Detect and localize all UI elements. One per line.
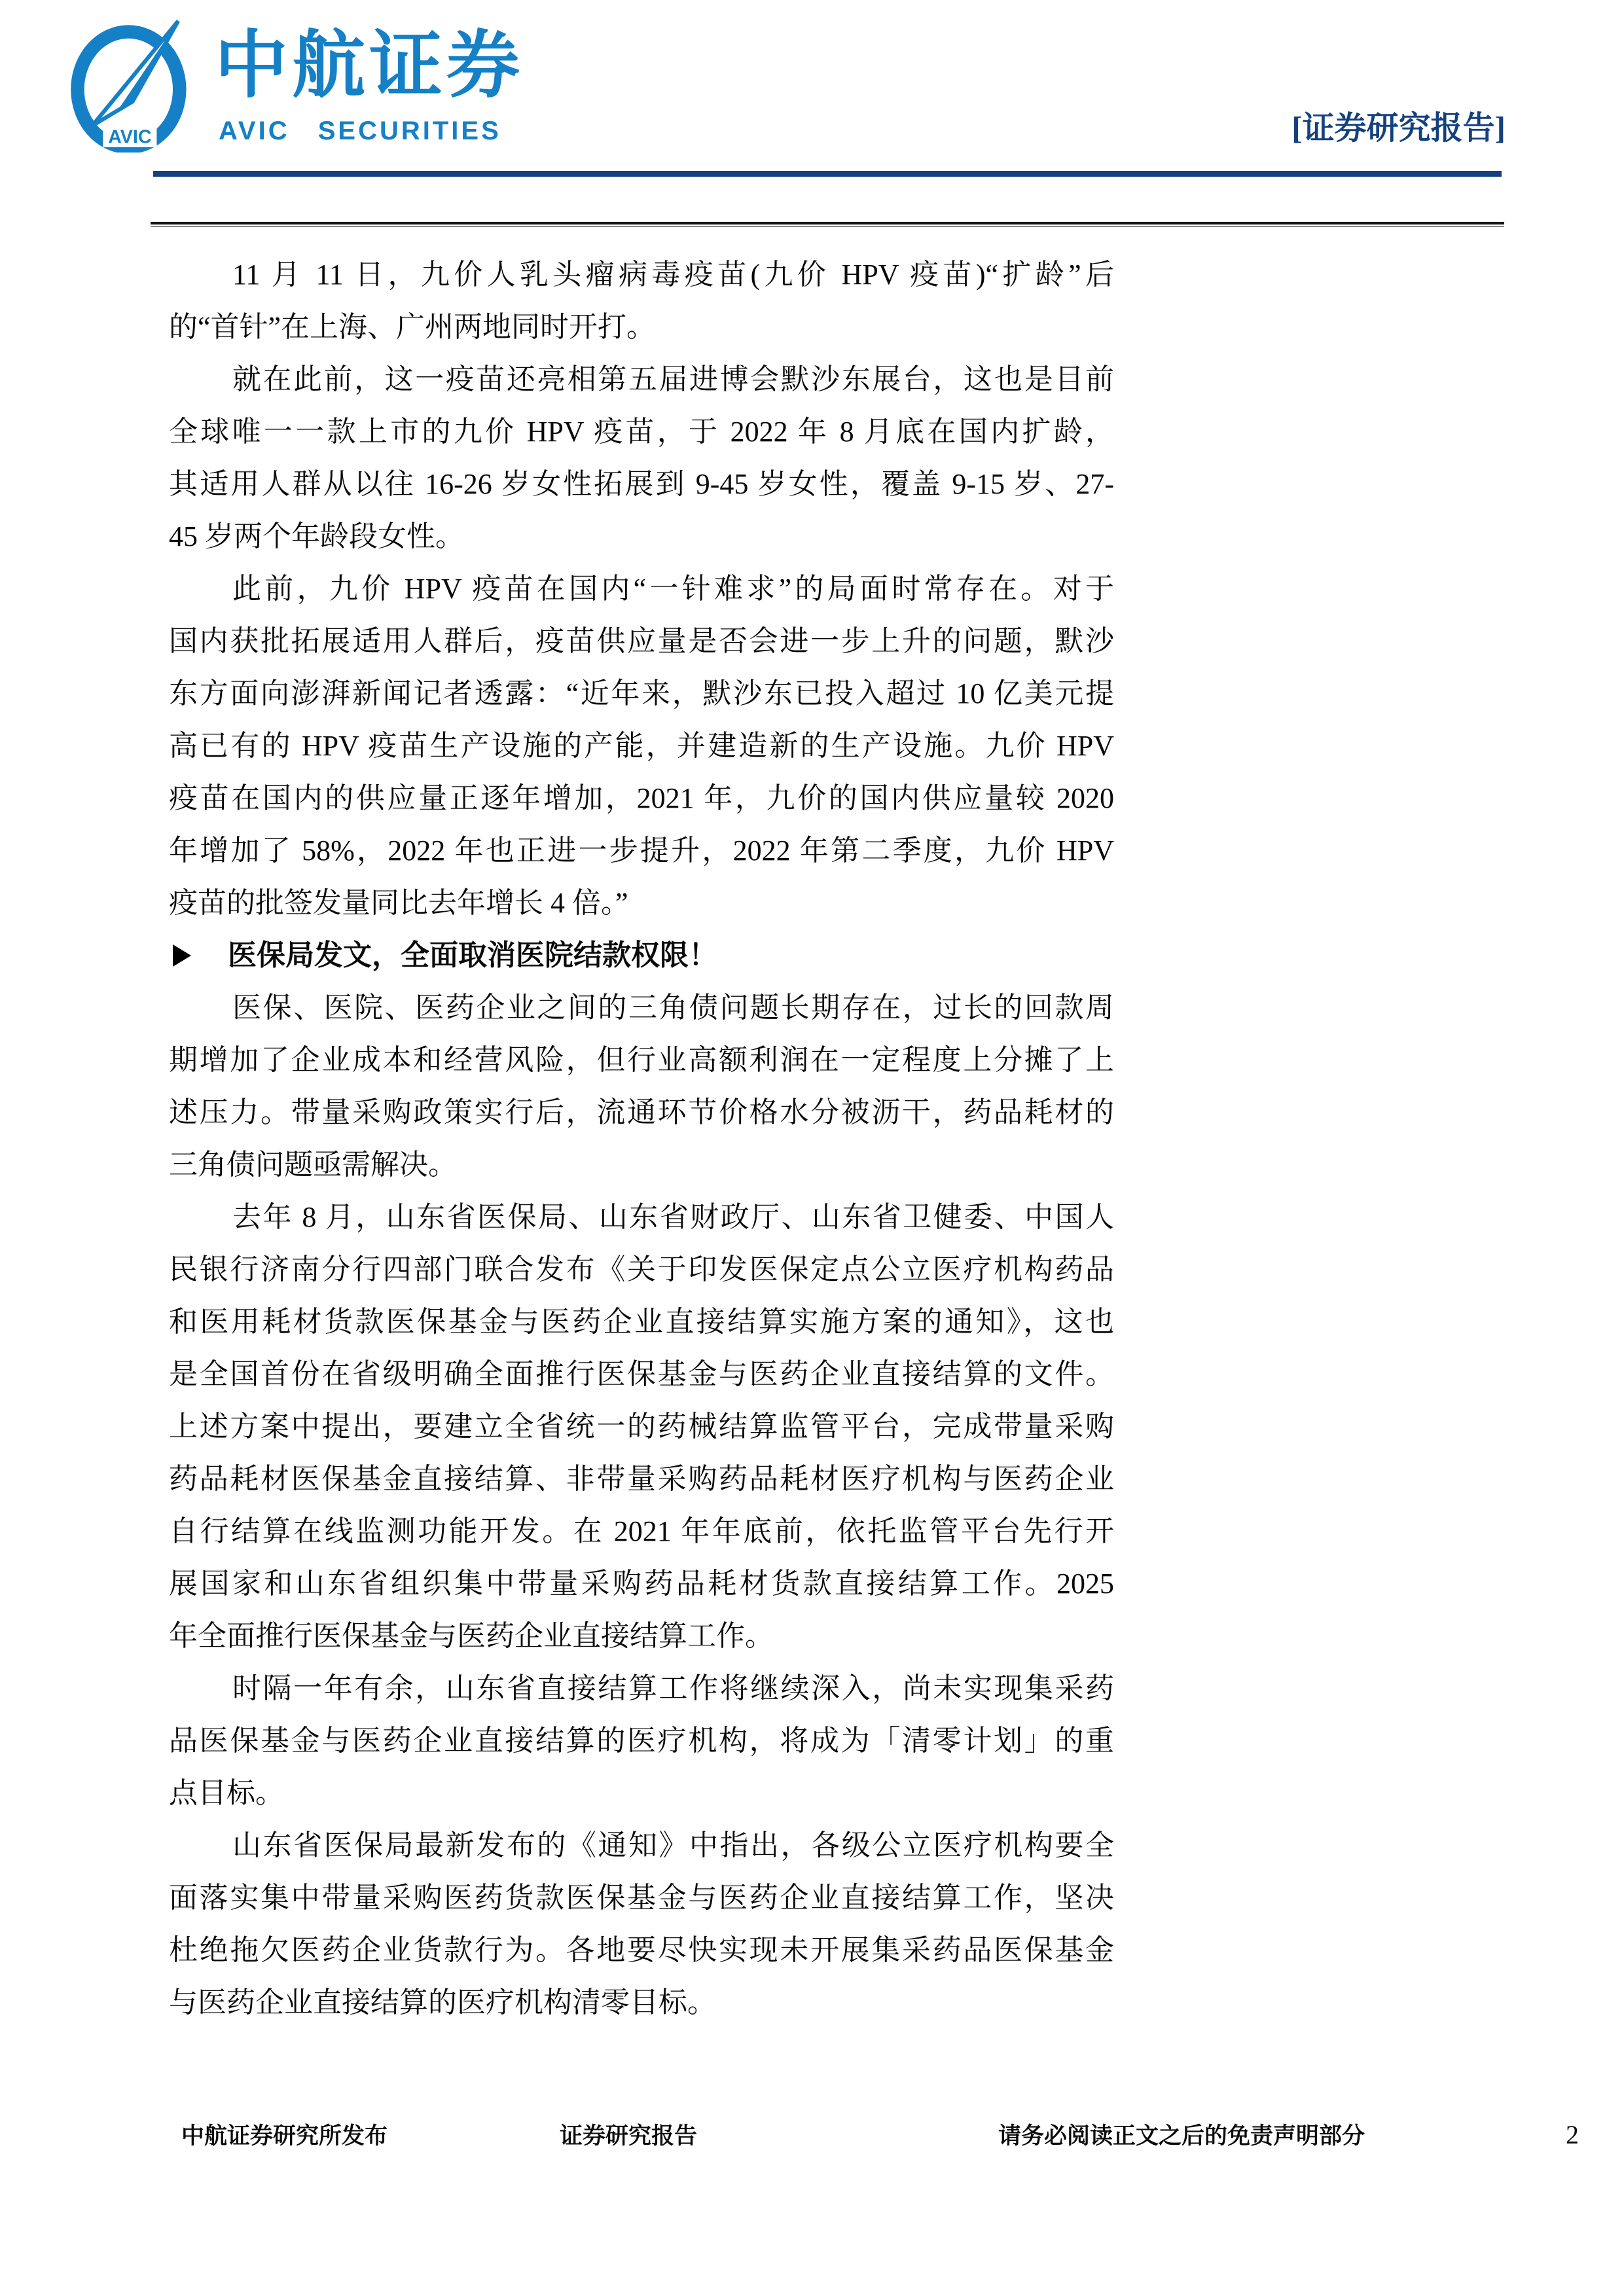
header-rule: [153, 171, 1502, 177]
body-line: 面落实集中带量采购医药货款医保基金与医药企业直接结算工作，坚决: [169, 1872, 1114, 1924]
body-line: 45 岁两个年龄段女性。: [169, 511, 1114, 563]
body-line: 上述方案中提出，要建立全省统一的药械结算监管平台，完成带量采购: [169, 1401, 1114, 1453]
body-line: 去年 8 月，山东省医保局、山东省财政厅、山东省卫健委、中国人: [169, 1191, 1114, 1244]
report-page: AVIC 中航证券 AVIC SECURITIES [证券研究报告] 11 月 …: [0, 0, 1624, 2296]
body-line: 高已有的 HPV 疫苗生产设施的产能，并建造新的生产设施。九价 HPV: [169, 720, 1114, 772]
body-line: 药品耗材医保基金直接结算、非带量采购药品耗材医疗机构与医药企业: [169, 1453, 1114, 1505]
page-footer: 中航证券研究所发布 证券研究报告 请务必阅读正文之后的免责声明部分 2: [0, 2118, 1624, 2157]
body-line: 和医用耗材货款医保基金与医药企业直接结算实施方案的通知》，这也: [169, 1296, 1114, 1348]
body-line: 时隔一年有余，山东省直接结算工作将继续深入，尚未实现集采药: [169, 1662, 1114, 1715]
body-line: 与医药企业直接结算的医疗机构清零目标。: [169, 1977, 1114, 2029]
body-line: 全球唯一一款上市的九价 HPV 疫苗，于 2022 年 8 月底在国内扩龄，: [169, 406, 1114, 458]
body-line: 是全国首份在省级明确全面推行医保基金与医药企业直接结算的文件。: [169, 1348, 1114, 1401]
body-line: 年全面推行医保基金与医药企业直接结算工作。: [169, 1610, 1114, 1662]
body-line: 此前，九价 HPV 疫苗在国内“一针难求”的局面时常存在。对于: [169, 563, 1114, 615]
report-tag: [证券研究报告]: [1224, 109, 1506, 148]
body-line: 医保、医院、医药企业之间的三角债问题长期存在，过长的回款周: [169, 982, 1114, 1034]
body-line: 11 月 11 日，九价人乳头瘤病毒疫苗(九价 HPV 疫苗)“扩龄”后: [169, 249, 1114, 301]
emblem-text: AVIC: [108, 127, 151, 148]
bullet-heading: 医保局发文，全面取消医院结款权限！: [169, 929, 1114, 982]
body-line: 其适用人群从以往 16-26 岁女性拓展到 9-45 岁女性，覆盖 9-15 岁…: [169, 458, 1114, 511]
bullet-heading-text: 医保局发文，全面取消医院结款权限！: [228, 929, 717, 982]
brand-name-en: AVIC SECURITIES: [219, 115, 501, 147]
body-line: 疫苗在国内的供应量正逐年增加，2021 年，九价的国内供应量较 2020: [169, 772, 1114, 825]
body-line: 山东省医保局最新发布的《通知》中指出，各级公立医疗机构要全: [169, 1820, 1114, 1872]
body-text: 11 月 11 日，九价人乳头瘤病毒疫苗(九价 HPV 疫苗)“扩龄”后的“首针…: [169, 249, 1114, 2029]
body-line: 民银行济南分行四部门联合发布《关于印发医保定点公立医疗机构药品: [169, 1244, 1114, 1296]
avic-logo-emblem: AVIC: [65, 18, 200, 152]
footer-doc-type: 证券研究报告: [560, 2118, 697, 2151]
arrow-bullet-icon: [173, 944, 191, 967]
body-top-rule: [151, 222, 1504, 224]
body-line: 杜绝拖欠医药企业货款行为。各地要尽快实现未开展集采药品医保基金: [169, 1924, 1114, 1977]
body-line: 东方面向澎湃新闻记者透露：“近年来，默沙东已投入超过 10 亿美元提: [169, 668, 1114, 720]
body-line: 国内获批拓展适用人群后，疫苗供应量是否会进一步上升的问题，默沙: [169, 615, 1114, 668]
body-line: 期增加了企业成本和经营风险，但行业高额利润在一定程度上分摊了上: [169, 1034, 1114, 1086]
body-line: 疫苗的批签发量同比去年增长 4 倍。”: [169, 877, 1114, 929]
body-line: 年增加了 58%，2022 年也正进一步提升，2022 年第二季度，九价 HPV: [169, 825, 1114, 877]
brand-name-cn: 中航证券: [215, 20, 524, 111]
body-line: 自行结算在线监测功能开发。在 2021 年年底前，依托监管平台先行开: [169, 1505, 1114, 1558]
body-line: 点目标。: [169, 1767, 1114, 1820]
body-line: 就在此前，这一疫苗还亮相第五届进博会默沙东展台，这也是目前: [169, 353, 1114, 406]
body-line: 展国家和山东省组织集中带量采购药品耗材货款直接结算工作。2025: [169, 1558, 1114, 1610]
footer-publisher: 中航证券研究所发布: [181, 2118, 388, 2151]
page-number: 2: [1566, 2119, 1579, 2150]
footer-disclaimer: 请务必阅读正文之后的免责声明部分: [998, 2118, 1365, 2151]
body-line: 三角债问题亟需解决。: [169, 1139, 1114, 1191]
body-line: 述压力。带量采购政策实行后，流通环节价格水分被沥干，药品耗材的: [169, 1086, 1114, 1139]
body-line: 的“首针”在上海、广州两地同时开打。: [169, 301, 1114, 353]
body-line: 品医保基金与医药企业直接结算的医疗机构，将成为「清零计划」的重: [169, 1715, 1114, 1767]
